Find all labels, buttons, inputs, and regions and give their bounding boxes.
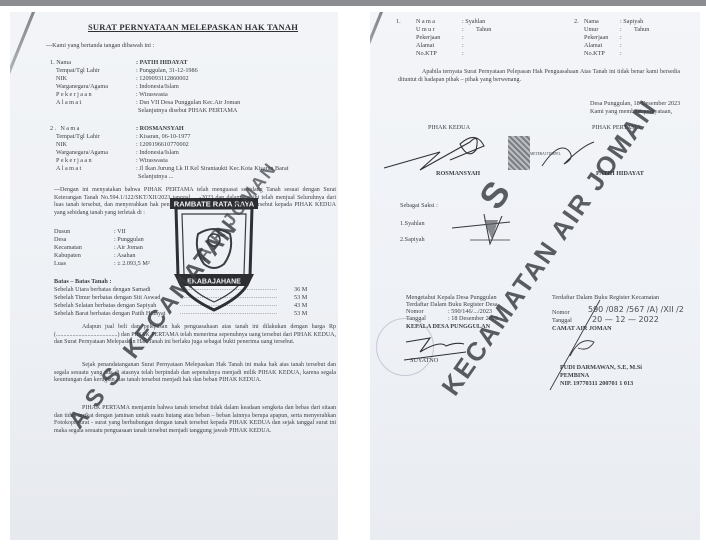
witness2-label: Nama xyxy=(584,18,599,25)
document-title: SURAT PERNYATAAN MELEPASKAN HAK TANAH xyxy=(88,22,298,32)
party1-value: : Indonesia/Islam xyxy=(136,83,179,90)
location-label: Kecamatan xyxy=(54,244,82,251)
top-border xyxy=(0,0,706,6)
party2-value: : 1209196610770002 xyxy=(136,141,189,148)
witness2-label: Alamat xyxy=(584,42,602,49)
witness1-value: : xyxy=(462,34,464,41)
boundary-text: Sebelah Timur berbatas dengan Siti Aswad xyxy=(54,294,160,301)
boundaries-title: Batas – Batas Tanah : xyxy=(54,278,111,285)
witness1-label: Pekerjaan xyxy=(416,34,440,41)
party1-value: : 1209093112860002 xyxy=(136,75,189,82)
desa-line1: Mengetahui Kepala Desa Punggulan xyxy=(406,294,497,301)
signature-pihak-kedua xyxy=(380,130,510,174)
party1-value: : Punggulan, 31-12-1986 xyxy=(136,67,198,74)
signature-saksi xyxy=(450,210,520,250)
witness2-value: : xyxy=(620,50,622,57)
witness2-num: 2. xyxy=(574,18,579,25)
party1-name: : PATIH HIDAYAT xyxy=(136,59,187,66)
witness2-label: Umur xyxy=(584,26,598,33)
saksi-item: 1.Syahlan xyxy=(400,220,425,227)
page-fold-shadow xyxy=(10,12,39,86)
location-label: Luas xyxy=(54,260,66,267)
camat-name: PUDI DARMAWAN, S.E, M.Si xyxy=(560,364,642,371)
party2-value: : Wiraswasta xyxy=(136,157,168,164)
party1-label: Tempat/Tgl Lahir xyxy=(56,67,100,74)
witness1-label: Alamat xyxy=(416,42,434,49)
saksi-title: Sebagai Saksi : xyxy=(400,202,438,209)
location-label: Dusun xyxy=(54,228,70,235)
party2-label: Warganegara/Agama xyxy=(56,149,108,156)
location-value: : ± 2.093,5 M² xyxy=(114,260,150,267)
party2-label: NIK xyxy=(56,141,67,148)
location-value: : VII xyxy=(114,228,126,235)
payment-paragraph: Adapun jual beli dan pelepasan hak pengu… xyxy=(54,324,336,347)
location-value: : Air Joman xyxy=(114,244,143,251)
page-fold-shadow xyxy=(370,12,387,86)
party1-value: : Wiraswasta xyxy=(136,91,168,98)
boundary-value: 36 M xyxy=(294,286,307,293)
witness1-label: Umur xyxy=(416,26,436,33)
party1-value: : Dsn VII Desa Punggulan Kec.Air Joman xyxy=(136,99,240,106)
party2-label: Pekerjaan xyxy=(56,157,93,164)
pihak-kedua-name: ROSMANSYAH xyxy=(436,170,480,177)
witness1-value: : Tahun xyxy=(462,26,491,33)
party2-num: 2. Nama xyxy=(50,125,81,132)
witness2-value: : xyxy=(620,34,622,41)
desa-name: SUYATNO xyxy=(410,357,438,364)
party2-note: Selanjutnya ... xyxy=(138,173,173,180)
party2-value: : Indonesia/Islam xyxy=(136,149,179,156)
boundary-value: 53 M xyxy=(294,294,307,301)
party1-note: Selanjutnya disebut PIHAK PERTAMA xyxy=(138,107,237,114)
party1-num: 1. Nama xyxy=(50,59,71,66)
document-page-right: 1. Nama Umur Pekerjaan Alamat No.KTP : S… xyxy=(370,12,700,540)
boundary-text: Sebelah Utara berbatas dengan Samadi xyxy=(54,286,151,293)
witness1-value: : Syahlan xyxy=(462,18,485,25)
document-page-left: SURAT PERNYATAAN MELEPASKAN HAK TANAH --… xyxy=(10,12,338,540)
witness2-value: : Tahun xyxy=(620,26,649,33)
materai-stamp xyxy=(508,136,530,170)
camat-rank: PEMBINA xyxy=(560,372,589,379)
boundary-text: Sebelah Selatan berbatas dengan Sapiyah xyxy=(54,302,156,309)
witness1-label: Nama xyxy=(416,18,436,25)
closing-paragraph: Apabila ternyata Surat Pernyataan Pelepa… xyxy=(398,69,680,84)
party1-label: Alamat xyxy=(56,99,83,106)
party2-label: Tempat/Tgl Lahir xyxy=(56,133,100,140)
witness1-value: : xyxy=(462,42,464,49)
witness1-label: No.KTP xyxy=(416,50,437,57)
witness1-value: : xyxy=(462,50,464,57)
witness2-value: : xyxy=(620,42,622,49)
boundary-value: 53 M xyxy=(294,310,307,317)
witness1-num: 1. xyxy=(396,18,401,25)
saksi-item: 2.Sapiyah xyxy=(400,236,425,243)
party1-label: NIK xyxy=(56,75,67,82)
desa-nomor-label: Nomor xyxy=(406,308,424,315)
witness2-value: : Sapiyah xyxy=(620,18,643,25)
party1-label: Warganegara/Agama xyxy=(56,83,108,90)
party2-name: : ROSMANSYAH xyxy=(136,125,184,132)
witness2-label: No.KTP xyxy=(584,50,605,57)
desa-line2: Terdaftar Dalam Buku Register Desa xyxy=(406,301,498,308)
party2-label: Alamat xyxy=(56,165,83,172)
witness2-label: Pekerjaan xyxy=(584,34,608,41)
location-label: Kabupaten xyxy=(54,252,81,259)
party2-value: : Kisaran, 06-10-1977 xyxy=(136,133,190,140)
boundary-value: 43 M xyxy=(294,302,307,309)
location-label: Desa xyxy=(54,236,66,243)
location-value: : Punggulan xyxy=(114,236,144,243)
camat-nip: NIP. 19770311 200701 1 013 xyxy=(560,380,633,387)
party1-label: Pekerjaan xyxy=(56,91,93,98)
location-value: : Asahan xyxy=(114,252,135,259)
intro-text: ---Kami yang bertanda tangan dibawah ini… xyxy=(46,42,154,50)
